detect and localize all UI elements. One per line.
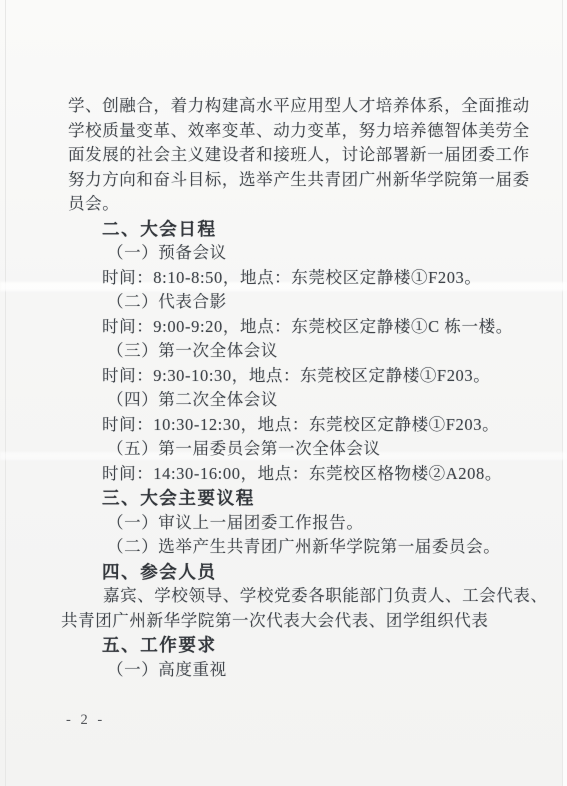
agenda-item-time: 时间：14:30-16:00，地点：东莞校区格物楼②A208。 bbox=[68, 462, 506, 487]
section-heading-requirements: 五、工作要求 bbox=[68, 633, 506, 658]
agenda-item-title: （三）第一次全体会议 bbox=[68, 339, 506, 364]
intro-paragraph-line: 面发展的社会主义建设者和接班人，讨论部署新一届团委工作 bbox=[68, 143, 506, 168]
agenda-item-time: 时间：9:00-9:20，地点：东莞校区定静楼①C 栋一楼。 bbox=[68, 315, 506, 340]
intro-paragraph-line: 学校质量变革、效率变革、动力变革，努力培养德智体美劳全 bbox=[68, 119, 506, 144]
intro-paragraph-line: 学、创融合，着力构建高水平应用型人才培养体系，全面推动 bbox=[68, 94, 506, 119]
agenda-item-title: （二）代表合影 bbox=[68, 290, 506, 315]
agenda-item-time: 时间：10:30-12:30，地点：东莞校区定静楼①F203。 bbox=[68, 413, 506, 438]
section-heading-participants: 四、参会人员 bbox=[68, 560, 506, 585]
agenda-item-title: （四）第二次全体会议 bbox=[68, 388, 506, 413]
section-heading-agenda: 二、大会日程 bbox=[68, 217, 506, 242]
agenda-item-time: 时间：9:30-10:30，地点：东莞校区定静楼①F203。 bbox=[68, 364, 506, 389]
agenda-item-title: （一）预备会议 bbox=[68, 241, 506, 266]
main-topic-item: （一）审议上一届团委工作报告。 bbox=[68, 511, 506, 536]
agenda-item-title: （五）第一届委员会第一次全体会议 bbox=[68, 437, 506, 462]
intro-paragraph-line: 员会。 bbox=[68, 192, 506, 217]
page-number: - 2 - bbox=[66, 712, 105, 729]
document-body: 学、创融合，着力构建高水平应用型人才培养体系，全面推动 学校质量变革、效率变革、… bbox=[68, 94, 506, 682]
agenda-item-time: 时间：8:10-8:50，地点：东莞校区定静楼①F203。 bbox=[68, 266, 506, 291]
participants-paragraph-line: 嘉宾、学校领导、学校党委各职能部门负责人、工会代表、 bbox=[68, 584, 506, 609]
participants-paragraph-line: 共青团广州新华学院第一次代表大会代表、团学组织代表 bbox=[61, 609, 506, 634]
main-topic-item: （二）选举产生共青团广州新华学院第一届委员会。 bbox=[68, 535, 506, 560]
section-heading-main-topics: 三、大会主要议程 bbox=[68, 486, 506, 511]
requirement-item: （一）高度重视 bbox=[68, 658, 506, 683]
intro-paragraph-line: 努力方向和奋斗目标，选举产生共青团广州新华学院第一届委 bbox=[68, 168, 506, 193]
scanned-document-page: 学、创融合，着力构建高水平应用型人才培养体系，全面推动 学校质量变革、效率变革、… bbox=[0, 0, 567, 786]
page-right-margin bbox=[563, 0, 567, 786]
page-left-edge-line bbox=[5, 0, 6, 786]
